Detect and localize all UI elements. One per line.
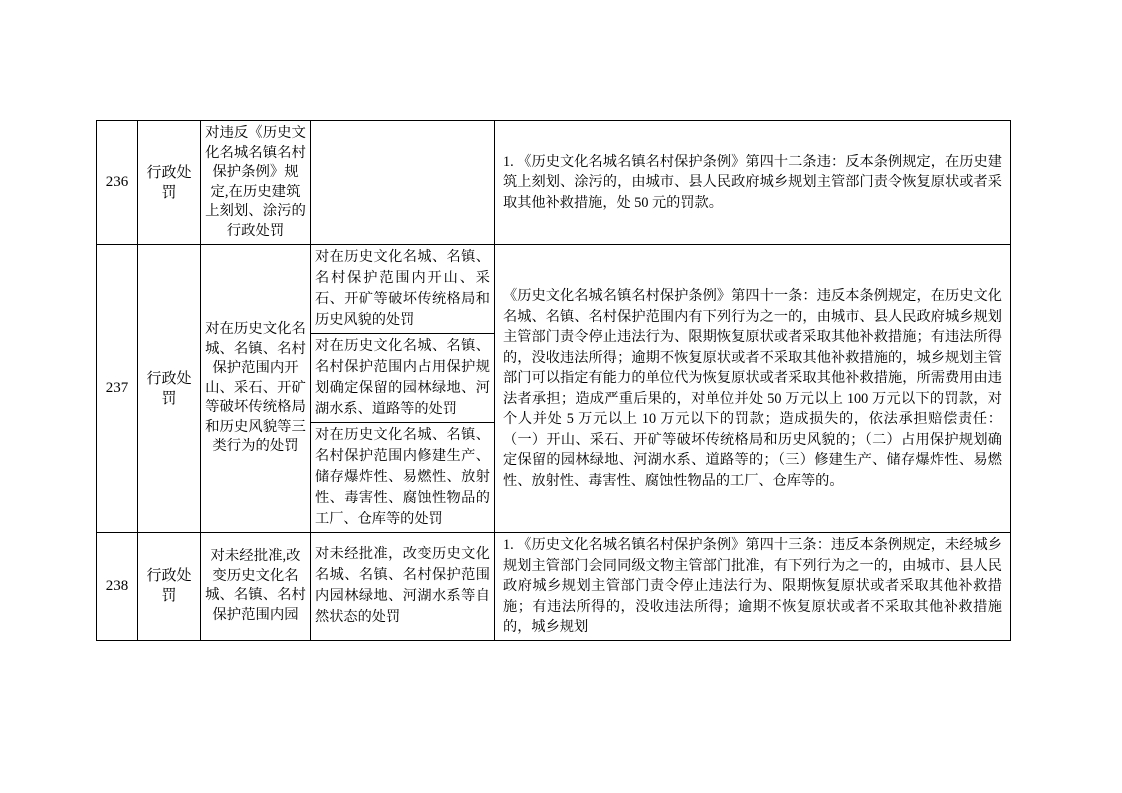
item-cell: 对在历史文化名城、名镇、名村保护范围内开山、采石、开矿等破坏传统格局和历史风貌等… <box>201 245 311 533</box>
sub-item-cell: 对在历史文化名城、名镇、名村保护范围内占用保护规划确定保留的园林绿地、河湖水系、… <box>311 334 495 423</box>
category-cell: 行政处罚 <box>138 121 201 245</box>
legal-basis-cell: 1. 《历史文化名城名镇名村保护条例》第四十三条：违反本条例规定，未经城乡规划主… <box>495 533 1011 641</box>
legal-basis-cell: 《历史文化名城名镇名村保护条例》第四十一条：违反本条例规定，在历史文化名城、名镇… <box>495 245 1011 533</box>
sub-item-cell-empty <box>311 121 495 245</box>
table-row-237: 237 行政处罚 对在历史文化名城、名镇、名村保护范围内开山、采石、开矿等破坏传… <box>97 245 1011 334</box>
sub-item-cell: 对在历史文化名城、名镇、名村保护范围内修建生产、储存爆炸性、易燃性、放射性、毒害… <box>311 423 495 533</box>
category-cell: 行政处罚 <box>138 533 201 641</box>
sub-item-cell: 对未经批准，改变历史文化名城、名镇、名村保护范围内园林绿地、河湖水系等自然状态的… <box>311 533 495 641</box>
row-number-cell: 238 <box>97 533 138 641</box>
category-cell: 行政处罚 <box>138 245 201 533</box>
document-page: 236 行政处罚 对违反《历史文化名城名镇名村保护条例》规定,在历史建筑上刻划、… <box>0 0 1122 793</box>
sub-item-cell: 对在历史文化名城、名镇、名村保护范围内开山、采石、开矿等破坏传统格局和历史风貌的… <box>311 245 495 334</box>
table-row-238: 238 行政处罚 对未经批准,改变历史文化名城、名镇、名村保护范围内园 对未经批… <box>97 533 1011 641</box>
penalty-table: 236 行政处罚 对违反《历史文化名城名镇名村保护条例》规定,在历史建筑上刻划、… <box>96 120 1011 641</box>
item-cell: 对未经批准,改变历史文化名城、名镇、名村保护范围内园 <box>201 533 311 641</box>
row-number-cell: 236 <box>97 121 138 245</box>
row-number-cell: 237 <box>97 245 138 533</box>
item-cell: 对违反《历史文化名城名镇名村保护条例》规定,在历史建筑上刻划、涂污的行政处罚 <box>201 121 311 245</box>
table-row-236: 236 行政处罚 对违反《历史文化名城名镇名村保护条例》规定,在历史建筑上刻划、… <box>97 121 1011 245</box>
legal-basis-cell: 1. 《历史文化名城名镇名村保护条例》第四十二条违：反本条例规定，在历史建筑上刻… <box>495 121 1011 245</box>
